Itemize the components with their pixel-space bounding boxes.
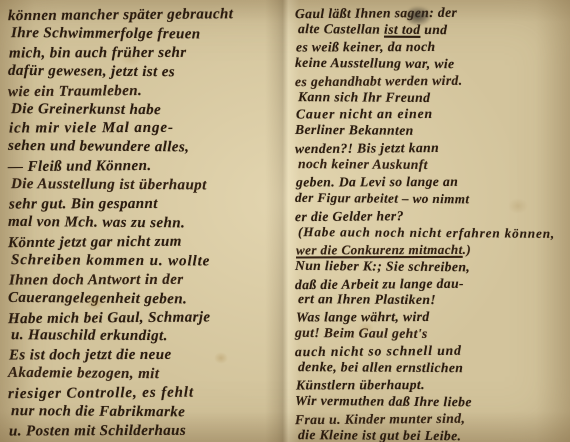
handwritten-line: dafür gewesen, jetzt ist es (8, 62, 276, 83)
handwritten-line: Schreiben kommen u. wollte (8, 251, 276, 272)
handwritten-line: er die Gelder her? (295, 207, 566, 226)
handwritten-line: nur noch die Fabrikmarke (8, 402, 276, 423)
handwritten-line: es weiß keiner, da noch (295, 38, 566, 56)
handwritten-line: u. Hauschild erkundigt. (8, 326, 276, 347)
underlined-phrase: ist tod (384, 22, 421, 37)
handwritten-line: der Figur arbeitet – wo nimmt (295, 190, 566, 209)
handwritten-line: geben. Da Levi so lange an (295, 174, 566, 192)
handwritten-line: Die Ausstellung ist überhaupt (8, 175, 276, 196)
handwritten-line: riesiger Controlle, es fehlt (8, 383, 276, 404)
handwritten-line: Cauerangelegenheit geben. (8, 288, 276, 309)
handwritten-line: mal von Mch. was zu sehn. (8, 213, 276, 234)
handwritten-line: wie ein Traumleben. (8, 80, 276, 101)
letter-page-left: können mancher später gebrauchtIhre Schw… (0, 0, 282, 442)
handwritten-line: Die Greinerkunst habe (8, 100, 276, 121)
handwritten-line: Was lange währt, wird (295, 309, 566, 327)
handwritten-line: können mancher später gebraucht (8, 5, 276, 26)
handwritten-line: auch nicht so schnell und (295, 342, 566, 361)
handwritten-line: — Fleiß und Können. (8, 156, 276, 177)
handwritten-line: Ihnen doch Antwort in der (8, 270, 276, 290)
handwritten-line: denke, bei allen ernstlichen (295, 359, 566, 378)
handwritten-line: Kann sich Ihr Freund (295, 89, 566, 108)
scanned-letter: können mancher später gebrauchtIhre Schw… (0, 0, 570, 442)
handwritten-line: alte Castellan ist tod und (295, 21, 566, 40)
handwritten-line: Wir vermuthen daß Ihre liebe (295, 393, 566, 412)
handwritten-line: Cauer nicht an einen (295, 106, 566, 124)
handwritten-line: Frau u. Kinder munter sind, (295, 410, 566, 429)
handwritten-line: wer die Conkurenz mitmacht.) (295, 241, 566, 259)
handwritten-line: Nun lieber K:; Sie schreiben, (295, 257, 566, 276)
handwritten-line: ich mir viele Mal ange- (8, 119, 276, 139)
handwritten-line: Gaul läßt Ihnen sagen: der (295, 4, 566, 23)
handwritten-line: (Habe auch noch nicht erfahren können, (295, 224, 566, 243)
handwritten-line: Es ist doch jetzt die neue (8, 346, 276, 366)
handwritten-line: Ihre Schwimmerfolge freuen (8, 24, 276, 45)
handwritten-line: Künstlern überhaupt. (295, 376, 566, 394)
handwritten-line: keine Ausstellung war, wie (295, 55, 566, 74)
handwritten-line: ert an Ihren Plastiken! (295, 291, 566, 310)
handwritten-line: noch keiner Auskunft (295, 156, 566, 175)
handwritten-line: u. Posten mit Schilderhaus (8, 421, 276, 441)
handwritten-line: die Kleine ist gut bei Leibe. (295, 427, 566, 442)
handwritten-line: Akademie bezogen, mit (8, 364, 276, 385)
handwritten-line: Könnte jetzt gar nicht zum (8, 232, 276, 253)
letter-page-right: Gaul läßt Ihnen sagen: deralte Castellan… (285, 0, 570, 442)
handwritten-line: es gehandhabt werden wird. (295, 71, 566, 90)
underlined-phrase: wer die Conkurenz mitmacht (296, 242, 463, 258)
handwritten-line: mich, bin auch früher sehr (8, 43, 276, 63)
handwritten-line: sehr gut. Bin gespannt (8, 195, 276, 215)
